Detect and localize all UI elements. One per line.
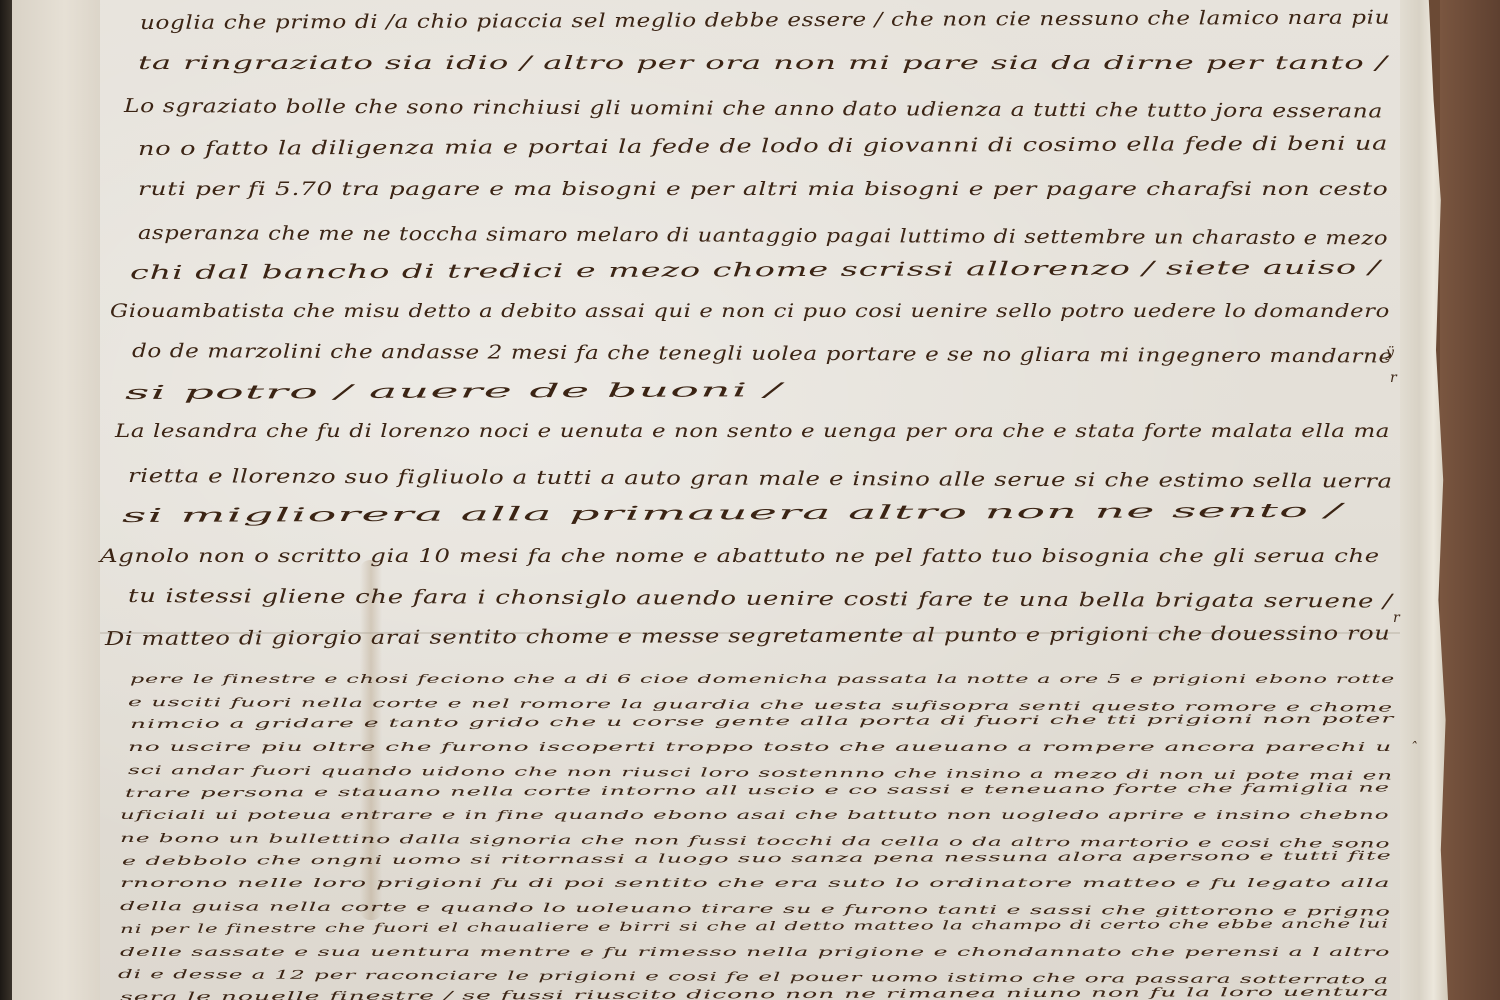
manuscript-line: delle sassate e sua uentura mentre e fu … [120,945,1390,959]
manuscript-line: Giouambatista che misu detto a debito as… [110,300,1390,322]
manuscript-line: Di matteo di giorgio arai sentito chome … [105,622,1390,650]
manuscript-line: sera le nouelle finestre / se fussi rius… [120,984,1390,1000]
manuscript-line: uficiali ui poteua entrare e in fine qua… [120,808,1389,822]
manuscript-line: ne bono un bullettino dalla signoria che… [120,831,1390,851]
manuscript-line: pere le finestre e chosi feciono che a d… [130,672,1395,686]
manuscript-line: asperanza che me ne toccha simaro melaro… [138,222,1388,249]
manuscript-line: nimcio a gridare e tanto grido che u cor… [130,711,1394,731]
manuscript-line: rnorono nelle loro prigioni fu di poi se… [120,876,1391,890]
manuscript-line: si migliorera alla primauera altro non n… [122,500,1343,527]
manuscript-line: ruti per fi 5.70 tra pagare e ma bisogni… [138,178,1388,200]
margin-mark: r [1390,370,1397,386]
manuscript-line: no o fatto la diligenza mia e portai la … [138,133,1388,160]
margin-mark: ˆ [1410,740,1417,756]
manuscript-line: si potro / auere de buoni / [125,379,782,404]
manuscript-line: di e desse a 12 per raconciare le prigio… [118,967,1389,987]
margin-mark: ÿ [1386,345,1394,361]
manuscript-line: chi dal bancho di tredici e mezo chome s… [130,257,1381,284]
manuscript-photo: uoglia che primo di /a chio piaccia sel … [0,0,1500,1000]
manuscript-line: ta ringraziato sia idio / altro per ora … [138,52,1387,74]
manuscript-line: Lo sgraziato bolle che sono rinchiusi gl… [124,95,1383,122]
manuscript-line: e debbolo che ongni uomo si ritornassi a… [122,848,1392,868]
manuscript-line: sci andar fuori quando uidono che non ri… [128,763,1393,783]
margin-mark: r [1393,610,1400,626]
manuscript-line: La lesandra che fu di lorenzo noci e uen… [115,420,1390,442]
handwritten-text-block: uoglia che primo di /a chio piaccia sel … [0,0,1500,1000]
manuscript-line: no uscire piu oltre che furono iscoperti… [128,740,1392,754]
manuscript-line: uoglia che primo di /a chio piaccia sel … [140,7,1390,34]
manuscript-line: tu istessi gliene che fara i chonsiglo a… [128,585,1393,613]
manuscript-line: Agnolo non o scritto gia 10 mesi fa che … [100,545,1380,567]
manuscript-line: rietta e llorenzo suo figliuolo a tutti … [128,465,1393,493]
manuscript-line: trare persona e stauano nella corte into… [125,780,1390,800]
manuscript-line: ni per le finestre che fuori el chaualie… [120,916,1389,936]
manuscript-line: do de marzolini che andasse 2 mesi fa ch… [132,340,1393,368]
manuscript-line: della guisa nella corte e quando lo uole… [120,899,1391,919]
